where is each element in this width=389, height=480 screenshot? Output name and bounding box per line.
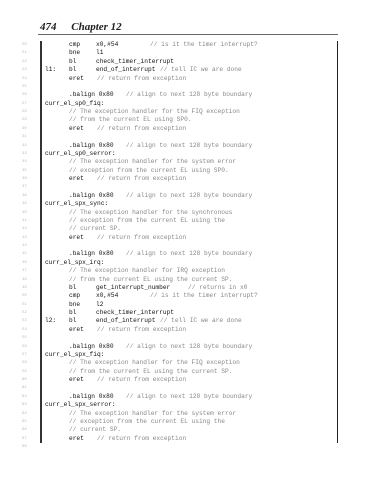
code-line: 52blcheck_timer_interrupt — [0, 309, 389, 317]
code-comment: // from the current EL using SP0. — [69, 116, 192, 124]
code-comment: // exception from the current EL using t… — [69, 418, 225, 426]
inline-comment: // return from exception — [97, 125, 186, 133]
code-line: 21bnel1 — [0, 49, 389, 57]
header-rule — [38, 34, 338, 35]
line-number: 23 — [22, 66, 36, 74]
line-number: 24 — [22, 75, 36, 83]
code-operand: end_of_interrupt — [96, 317, 155, 325]
code-line: 20cmpx0,#54// is it the timer interrupt? — [0, 41, 389, 49]
code-instruction: bne — [69, 301, 80, 309]
line-number: 56 — [22, 343, 36, 351]
code-comment: // The exception handler for the synchro… — [69, 209, 232, 217]
line-number: 37 — [22, 183, 36, 191]
code-line: 47// The exception handler for IRQ excep… — [0, 267, 389, 275]
code-comment: // current SP. — [69, 426, 121, 434]
line-number: 66 — [22, 426, 36, 434]
code-line: 45.balign 0x80// align to next 128 byte … — [0, 250, 389, 258]
code-line: 25 — [0, 83, 389, 91]
line-number: 31 — [22, 133, 36, 141]
code-line: 40// The exception handler for the synch… — [0, 209, 389, 217]
line-number: 43 — [22, 234, 36, 242]
code-instruction: bl — [69, 317, 76, 325]
code-instruction: eret — [69, 435, 84, 443]
line-number: 63 — [22, 401, 36, 409]
line-number: 25 — [22, 83, 36, 91]
line-number: 28 — [22, 108, 36, 116]
code-comment: // from the current EL using the current… — [69, 368, 232, 376]
code-instruction: bl — [69, 309, 76, 317]
code-label: l2: — [45, 317, 56, 325]
line-number: 67 — [22, 435, 36, 443]
code-instruction: eret — [69, 175, 84, 183]
inline-comment: // tell IC we are done — [160, 317, 242, 325]
code-instruction: cmp — [69, 41, 80, 49]
inline-comment: // is it the timer interrupt? — [150, 292, 258, 300]
code-line: 62.balign 0x80// align to next 128 byte … — [0, 393, 389, 401]
code-operand: x0,#54 — [96, 41, 118, 49]
code-line: 28// The exception handler for the FIQ e… — [0, 108, 389, 116]
code-instruction: eret — [69, 125, 84, 133]
code-line: 51bnel2 — [0, 301, 389, 309]
code-instruction: .balign 0x80 — [69, 250, 114, 258]
inline-comment: // align to next 128 byte boundary — [126, 91, 252, 99]
code-line: 58// The exception handler for the FIQ e… — [0, 359, 389, 367]
code-comment: // The exception handler for the FIQ exc… — [69, 359, 240, 367]
inline-comment: // return from exception — [97, 175, 186, 183]
code-label: curr_el_spx_fiq: — [45, 351, 104, 359]
code-line: 26.balign 0x80// align to next 128 byte … — [0, 91, 389, 99]
code-line: 31 — [0, 133, 389, 141]
code-line: 50cmpx0,#54// is it the timer interrupt? — [0, 292, 389, 300]
code-label: curr_el_spx_sync: — [45, 200, 108, 208]
code-line: 61 — [0, 384, 389, 392]
code-line: 57curr_el_spx_fiq: — [0, 351, 389, 359]
line-number: 22 — [22, 58, 36, 66]
line-number: 34 — [22, 158, 36, 166]
code-line: 37 — [0, 183, 389, 191]
code-line: 41// exception from the current EL using… — [0, 217, 389, 225]
inline-comment: // return from exception — [97, 435, 186, 443]
code-instruction: bl — [69, 58, 76, 66]
code-line: 55 — [0, 334, 389, 342]
code-line: 44 — [0, 242, 389, 250]
line-number: 68 — [22, 443, 36, 451]
code-comment: // The exception handler for the system … — [69, 158, 236, 166]
page-number: 474 — [40, 21, 57, 33]
code-line: 34// The exception handler for the syste… — [0, 158, 389, 166]
line-number: 59 — [22, 368, 36, 376]
line-number: 33 — [22, 150, 36, 158]
code-label: curr_el_spx_irq: — [45, 259, 104, 267]
chapter-title: Chapter 12 — [71, 21, 121, 33]
line-number: 57 — [22, 351, 36, 359]
line-number: 36 — [22, 175, 36, 183]
inline-comment: // align to next 128 byte boundary — [126, 343, 252, 351]
code-line: 65// exception from the current EL using… — [0, 418, 389, 426]
line-number: 39 — [22, 200, 36, 208]
line-number: 20 — [22, 41, 36, 49]
inline-comment: // returns in x0 — [188, 284, 247, 292]
code-instruction: .balign 0x80 — [69, 393, 114, 401]
inline-comment: // is it the timer interrupt? — [150, 41, 258, 49]
line-number: 65 — [22, 418, 36, 426]
line-number: 60 — [22, 376, 36, 384]
code-line: 59// from the current EL using the curre… — [0, 368, 389, 376]
code-line: 22blcheck_timer_interrupt — [0, 58, 389, 66]
inline-comment: // align to next 128 byte boundary — [126, 192, 252, 200]
code-instruction: eret — [69, 75, 84, 83]
line-number: 30 — [22, 125, 36, 133]
code-line: 56.balign 0x80// align to next 128 byte … — [0, 343, 389, 351]
code-comment: // The exception handler for IRQ excepti… — [69, 267, 225, 275]
line-number: 49 — [22, 284, 36, 292]
code-comment: // from the current EL using the current… — [69, 276, 232, 284]
code-label: l1: — [45, 66, 56, 74]
code-operand: l2 — [96, 301, 103, 309]
code-line: 27curr_el_sp0_fiq: — [0, 100, 389, 108]
inline-comment: // return from exception — [97, 75, 186, 83]
inline-comment: // return from exception — [97, 376, 186, 384]
line-number: 46 — [22, 259, 36, 267]
code-instruction: cmp — [69, 292, 80, 300]
line-number: 51 — [22, 301, 36, 309]
line-number: 41 — [22, 217, 36, 225]
code-operand: x0,#54 — [96, 292, 118, 300]
line-number: 55 — [22, 334, 36, 342]
code-operand: l1 — [96, 49, 103, 57]
code-operand: end_of_interrupt — [96, 66, 155, 74]
line-number: 47 — [22, 267, 36, 275]
code-line: 23l1:blend_of_interrupt// tell IC we are… — [0, 66, 389, 74]
code-line: 49blget_interrupt_number// returns in x0 — [0, 284, 389, 292]
code-line: 35// exception from the current EL using… — [0, 167, 389, 175]
line-number: 21 — [22, 49, 36, 57]
code-line: 32.balign 0x80// align to next 128 byte … — [0, 142, 389, 150]
line-number: 54 — [22, 326, 36, 334]
code-line: 68 — [0, 443, 389, 451]
line-number: 35 — [22, 167, 36, 175]
code-line: 39curr_el_spx_sync: — [0, 200, 389, 208]
code-instruction: .balign 0x80 — [69, 91, 114, 99]
code-instruction: bl — [69, 284, 76, 292]
code-line: 42// current SP. — [0, 225, 389, 233]
code-line: 36eret// return from exception — [0, 175, 389, 183]
line-number: 45 — [22, 250, 36, 258]
line-number: 64 — [22, 410, 36, 418]
code-listing: 20cmpx0,#54// is it the timer interrupt?… — [0, 41, 389, 451]
line-number: 40 — [22, 209, 36, 217]
code-line: 60eret// return from exception — [0, 376, 389, 384]
line-number: 27 — [22, 100, 36, 108]
line-number: 53 — [22, 317, 36, 325]
code-line: 66// current SP. — [0, 426, 389, 434]
code-operand: check_timer_interrupt — [96, 309, 174, 317]
code-line: 38.balign 0x80// align to next 128 byte … — [0, 192, 389, 200]
code-label: curr_el_sp0_fiq: — [45, 100, 104, 108]
code-operand: get_interrupt_number — [96, 284, 170, 292]
inline-comment: // tell IC we are done — [160, 66, 242, 74]
code-line: 29// from the current EL using SP0. — [0, 116, 389, 124]
line-number: 38 — [22, 192, 36, 200]
code-line: 67eret// return from exception — [0, 435, 389, 443]
code-line: 54eret// return from exception — [0, 326, 389, 334]
code-line: 63curr_el_spx_serror: — [0, 401, 389, 409]
code-instruction: eret — [69, 234, 84, 242]
code-line: 46curr_el_spx_irq: — [0, 259, 389, 267]
line-number: 44 — [22, 242, 36, 250]
code-instruction: .balign 0x80 — [69, 343, 114, 351]
code-instruction: .balign 0x80 — [69, 142, 114, 150]
code-line: 53l2:blend_of_interrupt// tell IC we are… — [0, 317, 389, 325]
code-instruction: eret — [69, 376, 84, 384]
line-number: 50 — [22, 292, 36, 300]
code-line: 24eret// return from exception — [0, 75, 389, 83]
line-number: 62 — [22, 393, 36, 401]
line-number: 58 — [22, 359, 36, 367]
code-instruction: bl — [69, 66, 76, 74]
code-comment: // The exception handler for the FIQ exc… — [69, 108, 240, 116]
line-number: 52 — [22, 309, 36, 317]
code-line: 33curr_el_sp0_serror: — [0, 150, 389, 158]
code-comment: // The exception handler for the system … — [69, 410, 236, 418]
inline-comment: // align to next 128 byte boundary — [126, 142, 252, 150]
inline-comment: // align to next 128 byte boundary — [126, 250, 252, 258]
code-comment: // exception from the current EL using t… — [69, 217, 225, 225]
code-comment: // current SP. — [69, 225, 121, 233]
page-header: 474 Chapter 12 — [40, 21, 122, 33]
line-number: 61 — [22, 384, 36, 392]
code-comment: // exception from the current EL using S… — [69, 167, 229, 175]
line-number: 42 — [22, 225, 36, 233]
code-label: curr_el_spx_serror: — [45, 401, 116, 409]
inline-comment: // align to next 128 byte boundary — [126, 393, 252, 401]
code-instruction: eret — [69, 326, 84, 334]
line-number: 32 — [22, 142, 36, 150]
code-instruction: bne — [69, 49, 80, 57]
inline-comment: // return from exception — [97, 234, 186, 242]
line-number: 26 — [22, 91, 36, 99]
code-instruction: .balign 0x80 — [69, 192, 114, 200]
line-number: 48 — [22, 276, 36, 284]
code-line: 64// The exception handler for the syste… — [0, 410, 389, 418]
code-operand: check_timer_interrupt — [96, 58, 174, 66]
code-line: 43eret// return from exception — [0, 234, 389, 242]
code-line: 48// from the current EL using the curre… — [0, 276, 389, 284]
line-number: 29 — [22, 116, 36, 124]
inline-comment: // return from exception — [97, 326, 186, 334]
code-label: curr_el_sp0_serror: — [45, 150, 116, 158]
code-line: 30eret// return from exception — [0, 125, 389, 133]
